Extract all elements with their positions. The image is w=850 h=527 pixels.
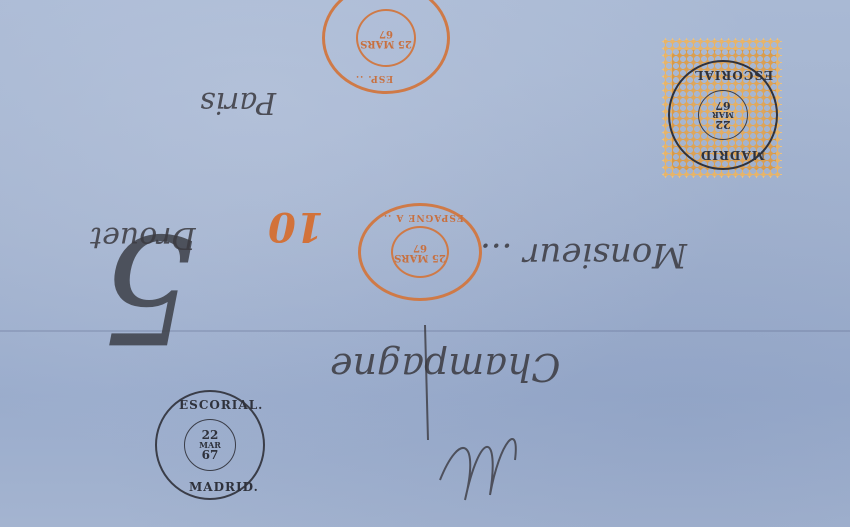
stamp-cancel-postmark: 22 MAR 67 ESCORIAL MADRID bbox=[668, 60, 778, 170]
cancel-month: MAR bbox=[712, 111, 734, 119]
address-line-2: Drouet bbox=[90, 220, 196, 255]
top-handwritten-note: Paris bbox=[200, 85, 276, 120]
red-top-postmark-date: 25 MARS 67 bbox=[358, 28, 414, 48]
postmark-province: MADRID. bbox=[189, 480, 259, 494]
manuscript-flourish bbox=[420, 320, 530, 510]
red-top-postmark-text: ESP. .. bbox=[355, 73, 393, 83]
red-transit-postmark-center: 25 MARS 67 ESPAGNE A .. bbox=[358, 203, 482, 301]
cancel-town: ESCORIAL bbox=[694, 68, 773, 82]
postmark-town: ESCORIAL. bbox=[179, 398, 263, 412]
address-line-1: Monsieur ... bbox=[480, 235, 687, 275]
cancel-province: MADRID bbox=[700, 148, 765, 162]
red-postmark-date: 25 MARS 67 bbox=[393, 242, 447, 262]
red-rate-numeral: 10 bbox=[268, 203, 324, 250]
red-postmark-text: ESPAGNE A .. bbox=[383, 212, 464, 222]
escorial-postmark: 22 MAR 67 ESCORIAL. MADRID. bbox=[155, 390, 265, 500]
cancel-year: 67 bbox=[715, 100, 730, 111]
postmark-year: 67 bbox=[202, 449, 219, 461]
cancel-day: 22 bbox=[715, 119, 730, 130]
red-transit-postmark-top: 25 MARS 67 ESP. .. bbox=[322, 0, 450, 94]
postal-cover: 22 MAR 67 ESCORIAL MADRID 22 MAR 67 ESCO… bbox=[0, 0, 850, 527]
